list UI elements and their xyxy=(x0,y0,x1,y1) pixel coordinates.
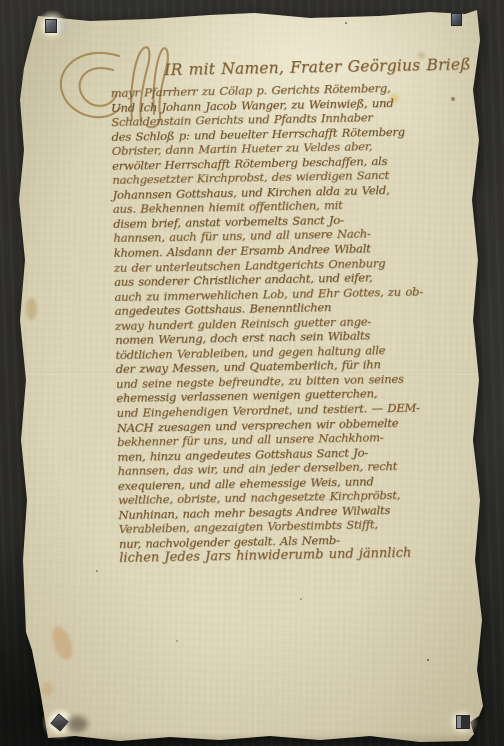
fastener-pin-bottom-right xyxy=(456,715,470,729)
water-stain xyxy=(42,682,53,696)
fastener-pin-top-right xyxy=(451,13,462,26)
manuscript-paper: IR mit Namen, Frater Geörgius Brießmayr … xyxy=(0,0,504,746)
pin-head xyxy=(451,13,462,26)
paper-specks xyxy=(0,0,2,2)
pin-head xyxy=(456,715,470,729)
water-stain xyxy=(49,624,76,662)
pin-head xyxy=(45,19,57,33)
paper-sheet-wrap: IR mit Namen, Frater Geörgius Brießmayr … xyxy=(0,0,504,746)
pin-shadow xyxy=(66,716,88,732)
pin-ghost-mark xyxy=(58,21,68,34)
scan-background: IR mit Namen, Frater Geörgius Brießmayr … xyxy=(0,0,504,746)
manuscript-text: IR mit Namen, Frater Geörgius Brießmayr … xyxy=(110,49,479,566)
ink-stain xyxy=(26,298,37,320)
fastener-pin-top-left xyxy=(45,19,57,33)
